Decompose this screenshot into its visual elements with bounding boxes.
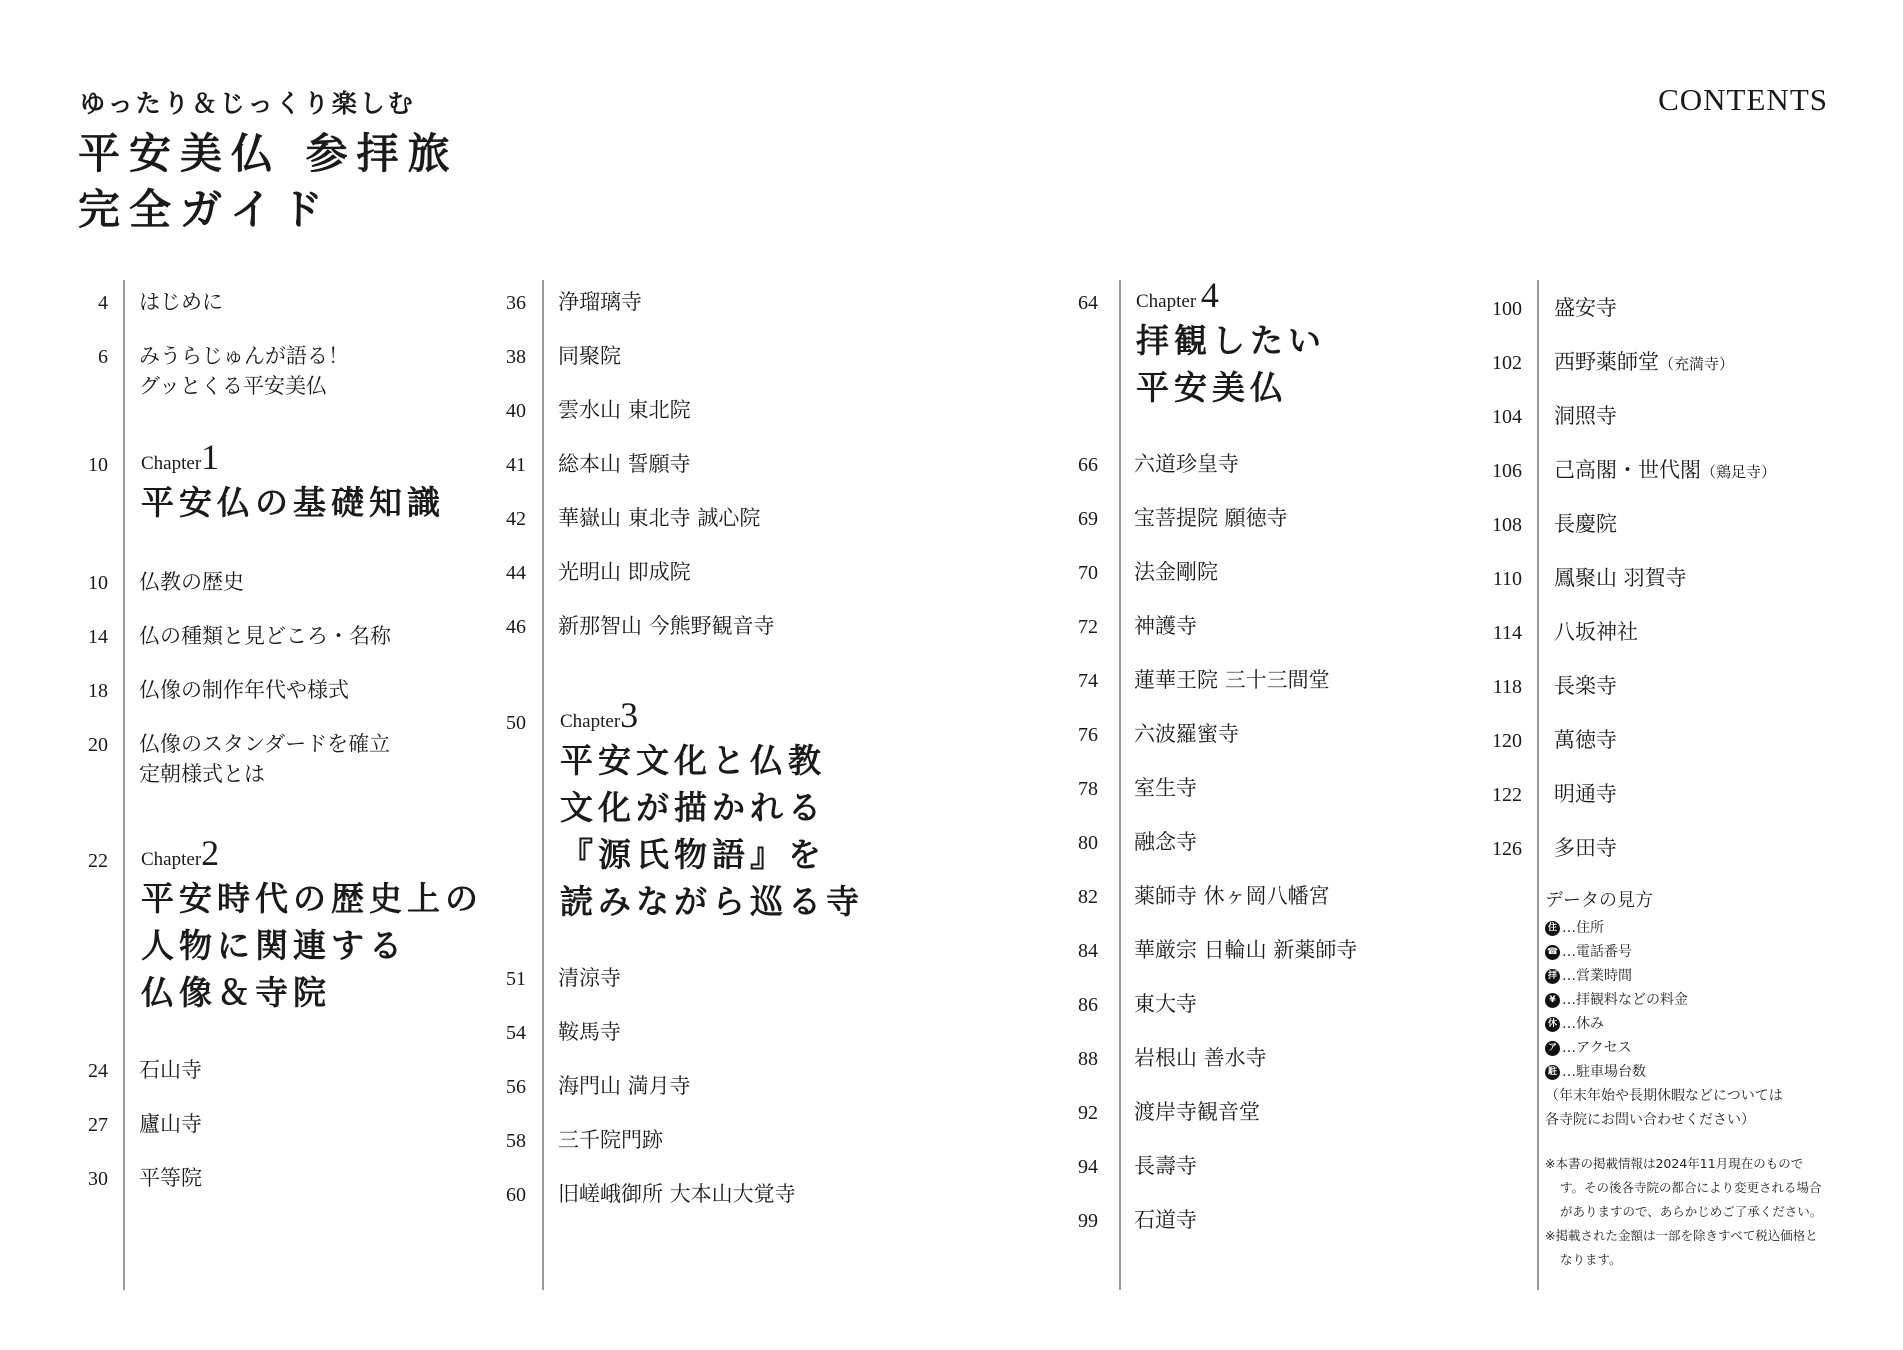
- entry-title: 長楽寺: [1554, 671, 1617, 702]
- page-number: 6: [60, 344, 108, 370]
- closed-icon: 休: [1545, 1017, 1560, 1032]
- chapter-title: 『源氏物語』を: [560, 831, 864, 878]
- page-number: 100: [1470, 296, 1522, 322]
- entry-title: 同聚院: [558, 341, 621, 372]
- entry-title: 法金剛院: [1134, 557, 1218, 588]
- entry-title: 浄瑠璃寺: [558, 287, 642, 318]
- page-number: 114: [1470, 620, 1522, 646]
- entry-title: 明通寺: [1554, 779, 1617, 810]
- page-number: 22: [60, 848, 108, 874]
- legend-row: ア …アクセス: [1545, 1036, 1783, 1060]
- page-number: 122: [1470, 782, 1522, 808]
- page-number: 40: [480, 398, 526, 424]
- chapter-title: 平安仏の基礎知識: [141, 479, 445, 526]
- entry-title: 室生寺: [1134, 773, 1197, 804]
- legend-row: ¥ …拝観料などの料金: [1545, 988, 1783, 1012]
- entry-title: 華厳宗 日輪山 新薬師寺: [1134, 935, 1357, 966]
- entry-title: 三千院門跡: [558, 1125, 663, 1156]
- page-number: 46: [480, 614, 526, 640]
- page-number: 102: [1470, 350, 1522, 376]
- entry-title: 神護寺: [1134, 611, 1197, 642]
- page-number: 106: [1470, 458, 1522, 484]
- column-divider: [542, 280, 544, 1290]
- legend-row: 拝 …営業時間: [1545, 964, 1783, 988]
- entry-title: 雲水山 東北院: [558, 395, 691, 426]
- column-divider: [123, 280, 125, 1290]
- chapter-title: 平安美仏: [1136, 364, 1326, 411]
- page-number: 72: [1050, 614, 1098, 640]
- entry-title: 仏教の歴史: [139, 567, 244, 598]
- toc-column-3: 64 Chapter 4 拝観したい 平安美仏 66 六道珍皇寺 69 宝菩提院…: [1050, 280, 1470, 1290]
- page-number: 126: [1470, 836, 1522, 862]
- page-number: 94: [1050, 1154, 1098, 1180]
- page-number: 120: [1470, 728, 1522, 754]
- page-number: 76: [1050, 722, 1098, 748]
- entry-title: 平等院: [139, 1163, 202, 1194]
- book-title: 平安美仏 参拝旅 完全ガイド: [78, 126, 459, 238]
- entry-title: 仏像の制作年代や様式: [139, 675, 349, 706]
- entry-title: 六波羅蜜寺: [1134, 719, 1239, 750]
- page-number: 38: [480, 344, 526, 370]
- page-number: 66: [1050, 452, 1098, 478]
- entry-title: はじめに: [139, 287, 223, 318]
- column-divider: [1119, 280, 1121, 1290]
- chapter-title: 平安時代の歴史上の: [141, 875, 483, 922]
- entry-title: 総本山 誓願寺: [558, 449, 691, 480]
- chapter-title: 人物に関連する: [141, 922, 483, 969]
- page-number: 80: [1050, 830, 1098, 856]
- legend-text: …電話番号: [1562, 940, 1632, 964]
- page-number: 36: [480, 290, 526, 316]
- page-number: 92: [1050, 1100, 1098, 1126]
- entry-title: 薬師寺 休ヶ岡八幡宮: [1134, 881, 1330, 912]
- legend-row: ☎ …電話番号: [1545, 940, 1783, 964]
- page-number: 27: [60, 1112, 108, 1138]
- page-number: 118: [1470, 674, 1522, 700]
- page-number: 42: [480, 506, 526, 532]
- column-divider: [1537, 280, 1539, 1290]
- page-number: 82: [1050, 884, 1098, 910]
- entry-title-line2: グッとくる平安美仏: [139, 371, 327, 402]
- legend-row: 住 …住所: [1545, 916, 1783, 940]
- chapter-title: 読みながら巡る寺: [560, 878, 864, 925]
- page-number: 56: [480, 1074, 526, 1100]
- entry-title: 六道珍皇寺: [1134, 449, 1239, 480]
- legend-row: 休 …休み: [1545, 1012, 1783, 1036]
- entry-title-line2: 定朝様式とは: [139, 759, 265, 790]
- entry-title: 多田寺: [1554, 833, 1617, 864]
- legend-note-line1: （年末年始や長期休暇などについては: [1545, 1084, 1783, 1108]
- legend-text: …営業時間: [1562, 964, 1632, 988]
- page-number: 60: [480, 1182, 526, 1208]
- page-number: 30: [60, 1166, 108, 1192]
- chapter-tag: Chapter2: [141, 838, 483, 875]
- footnote: ※掲載された金額は一部を除きすべて税込価格となります。: [1545, 1224, 1825, 1272]
- entry-title: 宝菩提院 願徳寺: [1134, 503, 1288, 534]
- chapter-number: 3: [620, 695, 638, 735]
- entry-title: 石山寺: [139, 1055, 202, 1086]
- footnote: ※本書の掲載情報は2024年11月現在のものです。その後各寺院の都合により変更さ…: [1545, 1152, 1825, 1224]
- entry-title: 旧嵯峨御所 大本山大覚寺: [558, 1179, 796, 1210]
- chapter-title: 仏像＆寺院: [141, 969, 483, 1016]
- entry-title: 八坂神社: [1554, 617, 1638, 648]
- page-number: 20: [60, 732, 108, 758]
- access-icon: ア: [1545, 1041, 1560, 1056]
- data-legend: データの見方 住 …住所 ☎ …電話番号 拝 …営業時間 ¥ …拝観料などの料金…: [1545, 888, 1783, 1132]
- book-title-line2: 完全ガイド: [78, 182, 459, 238]
- entry-title: 廬山寺: [139, 1109, 202, 1140]
- entry-title: みうらじゅんが語る！: [139, 341, 349, 372]
- legend-note-line2: 各寺院にお問い合わせください）: [1545, 1108, 1783, 1132]
- chapter-title: 平安文化と仏教: [560, 737, 864, 784]
- parking-icon: 駐: [1545, 1065, 1560, 1080]
- chapter-number: 2: [201, 833, 219, 873]
- page-number: 64: [1050, 290, 1098, 316]
- page-number: 24: [60, 1058, 108, 1084]
- entry-title: 鞍馬寺: [558, 1017, 621, 1048]
- entry-title: 渡岸寺観音堂: [1134, 1097, 1260, 1128]
- page-number: 108: [1470, 512, 1522, 538]
- contents-label: CONTENTS: [1658, 82, 1828, 118]
- page-number: 99: [1050, 1208, 1098, 1234]
- legend-text: …アクセス: [1562, 1036, 1632, 1060]
- chapter-number: 4: [1201, 275, 1219, 315]
- page-number: 58: [480, 1128, 526, 1154]
- chapter-title: 拝観したい: [1136, 317, 1326, 364]
- entry-title: 石道寺: [1134, 1205, 1197, 1236]
- entry-title: 蓮華王院 三十三間堂: [1134, 665, 1330, 696]
- chapter-tag: Chapter3: [560, 700, 864, 737]
- page-number: 88: [1050, 1046, 1098, 1072]
- entry-title: 仏像のスタンダードを確立: [139, 729, 390, 760]
- toc-column-4: 100 盛安寺 102 西野薬師堂（充満寺） 104 洞照寺 106 己高閣・世…: [1470, 280, 1890, 1290]
- entry-title: 岩根山 善水寺: [1134, 1043, 1267, 1074]
- entry-title: 洞照寺: [1554, 401, 1617, 432]
- page-number: 4: [60, 290, 108, 316]
- entry-title: 海門山 満月寺: [558, 1071, 691, 1102]
- page-number: 14: [60, 624, 108, 650]
- toc-column-2: 36 浄瑠璃寺 38 同聚院 40 雲水山 東北院 41 総本山 誓願寺 42 …: [480, 280, 1040, 1290]
- entry-title: 光明山 即成院: [558, 557, 691, 588]
- book-title-line1: 平安美仏 参拝旅: [78, 126, 459, 182]
- entry-title: 西野薬師堂（充満寺）: [1554, 347, 1734, 380]
- page-number: 54: [480, 1020, 526, 1046]
- page-number: 18: [60, 678, 108, 704]
- page-number: 10: [60, 570, 108, 596]
- page-number: 51: [480, 966, 526, 992]
- entry-title: 仏の種類と見どころ・名称: [139, 621, 391, 652]
- page-number: 70: [1050, 560, 1098, 586]
- entry-title: 長壽寺: [1134, 1151, 1197, 1182]
- entry-title: 融念寺: [1134, 827, 1197, 858]
- page-number: 74: [1050, 668, 1098, 694]
- chapter-title: 文化が描かれる: [560, 784, 864, 831]
- page-number: 104: [1470, 404, 1522, 430]
- page-number: 44: [480, 560, 526, 586]
- kicker: ゆったり＆じっくり楽しむ: [80, 84, 416, 120]
- page-number: 78: [1050, 776, 1098, 802]
- page-number: 69: [1050, 506, 1098, 532]
- page-number: 50: [480, 710, 526, 736]
- entry-title: 己高閣・世代閣（鶏足寺）: [1554, 455, 1776, 488]
- entry-title: 盛安寺: [1554, 293, 1617, 324]
- legend-row: 駐 …駐車場台数: [1545, 1060, 1783, 1084]
- entry-title: 新那智山 今熊野観音寺: [558, 611, 775, 642]
- entry-subtitle: （鶏足寺）: [1701, 463, 1776, 481]
- chapter-tag: Chapter1: [141, 442, 445, 479]
- chapter-tag: Chapter 4: [1136, 280, 1326, 317]
- entry-title: 華嶽山 東北寺 誠心院: [558, 503, 760, 534]
- footnotes: ※本書の掲載情報は2024年11月現在のものです。その後各寺院の都合により変更さ…: [1545, 1152, 1825, 1272]
- legend-text: …拝観料などの料金: [1562, 988, 1688, 1012]
- legend-text: …住所: [1562, 916, 1604, 940]
- legend-text: …駐車場台数: [1562, 1060, 1646, 1084]
- page-number: 86: [1050, 992, 1098, 1018]
- page-number: 41: [480, 452, 526, 478]
- address-icon: 住: [1545, 921, 1560, 936]
- page-number: 10: [60, 452, 108, 478]
- legend-title: データの見方: [1545, 888, 1783, 914]
- chapter-number: 1: [201, 437, 219, 477]
- legend-text: …休み: [1562, 1012, 1604, 1036]
- page-number: 84: [1050, 938, 1098, 964]
- hours-icon: 拝: [1545, 969, 1560, 984]
- entry-title: 萬徳寺: [1554, 725, 1617, 756]
- phone-icon: ☎: [1545, 945, 1560, 960]
- entry-title: 東大寺: [1134, 989, 1197, 1020]
- entry-subtitle: （充満寺）: [1659, 355, 1734, 373]
- toc-column-1: 4 はじめに 6 みうらじゅんが語る！ グッとくる平安美仏 10 Chapter…: [0, 280, 480, 1290]
- entry-title: 長慶院: [1554, 509, 1617, 540]
- entry-title: 鳳聚山 羽賀寺: [1554, 563, 1687, 594]
- page-number: 110: [1470, 566, 1522, 592]
- yen-icon: ¥: [1545, 993, 1560, 1008]
- entry-title: 清涼寺: [558, 963, 621, 994]
